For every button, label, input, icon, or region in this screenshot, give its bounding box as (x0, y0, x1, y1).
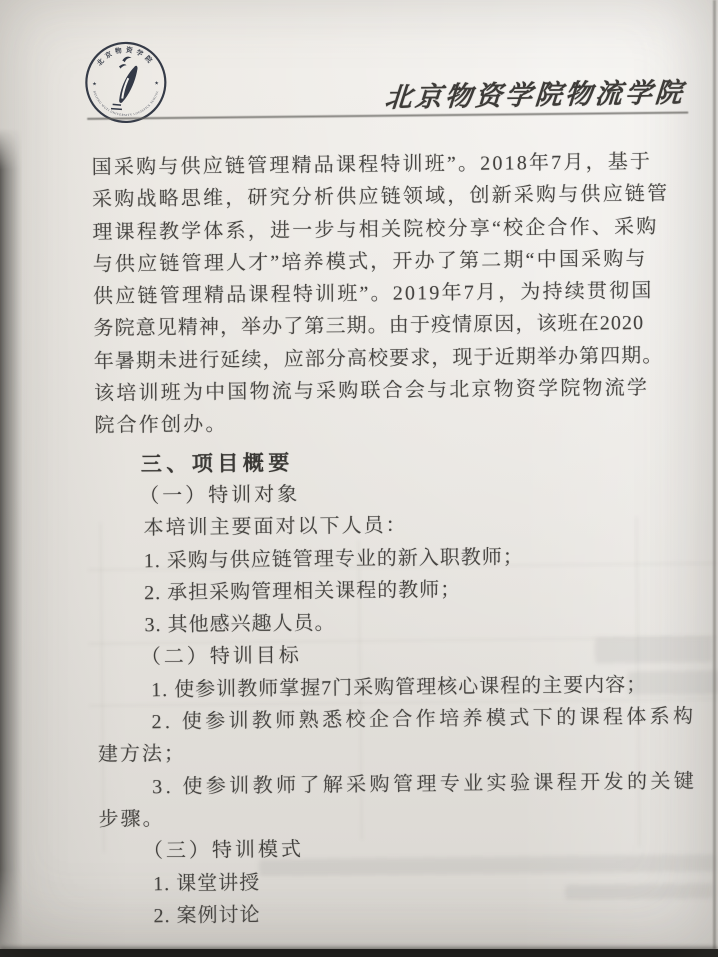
photo-left-edge-shadow (0, 128, 22, 952)
photo-bottom-edge-bar (0, 949, 718, 957)
photographed-document-page: 北京物资学院 BEIJING WUZI UNIVERSITY LOGISTICS… (0, 0, 718, 957)
photo-right-edge-line (713, 0, 716, 949)
university-seal-logo: 北京物资学院 BEIJING WUZI UNIVERSITY LOGISTICS… (83, 39, 168, 126)
seal-star-right: ★ (154, 81, 159, 87)
paragraph-line: 采购战略思维，研究分析供应链领域，创新采购与供应链管 (92, 178, 658, 216)
document-body: 国采购与供应链管理精品课程特训班”。2018年7月，基于 采购战略思维，研究分析… (92, 146, 666, 933)
seal-top-text: 北京物资学院 (94, 45, 156, 68)
school-name-calligraphy: 北京物资学院物流学院 (384, 74, 687, 117)
page-content: 北京物资学院 BEIJING WUZI UNIVERSITY LOGISTICS… (0, 0, 718, 957)
list-item: 3. 使参训教师了解采购管理专业实验课程开发的关键 (98, 765, 664, 803)
list-item: 2. 使参训教师熟悉校企合作培养模式下的课程体系构 (97, 701, 663, 739)
seal-star-left: ★ (92, 81, 97, 87)
list-item: 2. 案例讨论 (99, 895, 665, 933)
paragraph-line: 院合作创办。 (94, 404, 660, 442)
seal-emblem (110, 57, 137, 110)
paragraph-line: 该培训班为中国物流与采购联合会与北京物资学院物流学 (94, 372, 660, 410)
